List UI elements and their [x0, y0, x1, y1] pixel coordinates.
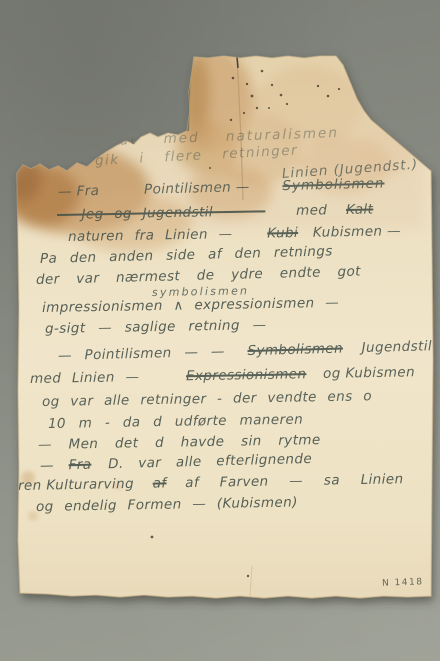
handwriting-segment: Jugendstil — [361, 338, 432, 356]
handwriting-segment-struck: — Jeg og Jugendstil ——— — [57, 203, 266, 223]
handwriting-segment: med Linien — — [30, 369, 140, 387]
handwriting-segment-struck: Expressionismen — [186, 366, 307, 384]
handwriting-line-18: ren Kulturarving af af Farven — sa Linie… — [18, 471, 404, 494]
handwriting-segment: og var alle retninger - der vendte ens o — [42, 388, 372, 410]
handwriting-segment: med — [296, 202, 328, 219]
handwriting-line-12: — Pointilismen — — Symbolismen Jugendsti… — [58, 338, 432, 364]
handwriting-segment: og Kubismen — [323, 364, 415, 382]
handwriting-segment-struck: Kubi — [267, 225, 298, 242]
handwriting-segment-struck: Symbolismen — [282, 175, 384, 194]
handwriting-line-6: naturen fra Linien — Kubi Kubismen — — [68, 223, 401, 245]
handwriting-segment: Pa den anden side af den retnings — [40, 243, 333, 267]
handwriting-segment: impressionismen ∧ expressionismen — — [42, 295, 339, 316]
handwriting-line-7: Pa den anden side af den retnings — [40, 243, 333, 267]
handwriting-segment-struck: Kalt — [346, 201, 374, 217]
handwriting-line-13: med Linien — Expressionismen og Kubismen — [30, 364, 415, 387]
handwriting-segment: — Fra — [58, 183, 100, 200]
tear-shadow-edge — [187, 60, 189, 82]
handwriting-segment-struck: af — [153, 475, 167, 491]
handwriting-segment: 10 m - da d udførte maneren — [48, 412, 303, 432]
handwriting-line-4: — Fra Pointilismen — Symbolismen — [58, 175, 385, 200]
inventory-number-stamp: N 1418 — [382, 577, 424, 588]
handwriting-segment: — Pointilismen — — — [58, 344, 225, 364]
handwriting-segment: og endelig Formen — (Kubismen) — [36, 494, 298, 515]
handwriting-segment: Kubismen — — [313, 223, 401, 241]
handwriting-line-10: impressionismen ∧ expressionismen — — [42, 295, 339, 316]
handwriting-segment: D. var alle efterlignende — [108, 451, 312, 472]
photo-of-torn-note: lidt med naturalismen gik i flere retnin… — [0, 0, 440, 661]
handwriting-segment: — Men det d havde sin rytme — [38, 432, 321, 453]
handwriting-line-16: — Men det d havde sin rytme — [38, 432, 321, 453]
handwriting-segment: Pointilismen — — [144, 179, 250, 198]
handwriting-line-17: — Fra D. var alle efterlignende — [40, 451, 312, 474]
handwriting-segment-struck: Symbolismen — [247, 341, 343, 359]
handwriting-segment-struck: Fra — [68, 457, 91, 474]
handwriting-line-11: g-sigt — saglige retning — — [45, 317, 267, 337]
handwriting-segment: ren Kulturarving — [18, 476, 134, 494]
handwriting-line-19: og endelig Formen — (Kubismen) — [36, 494, 298, 515]
handwriting-line-15: 10 m - da d udførte maneren — [48, 412, 303, 432]
handwriting-segment: af Farven — sa Linien — [185, 471, 404, 491]
handwriting-segment: g-sigt — saglige retning — — [45, 317, 267, 337]
handwriting-line-14: og var alle retninger - der vendte ens o — [42, 388, 372, 410]
handwriting-segment: naturen fra Linien — — [68, 226, 233, 245]
handwriting-line-5: — Jeg og Jugendstil ——— med Kalt — [57, 201, 374, 223]
handwriting-segment: — — [40, 458, 54, 474]
